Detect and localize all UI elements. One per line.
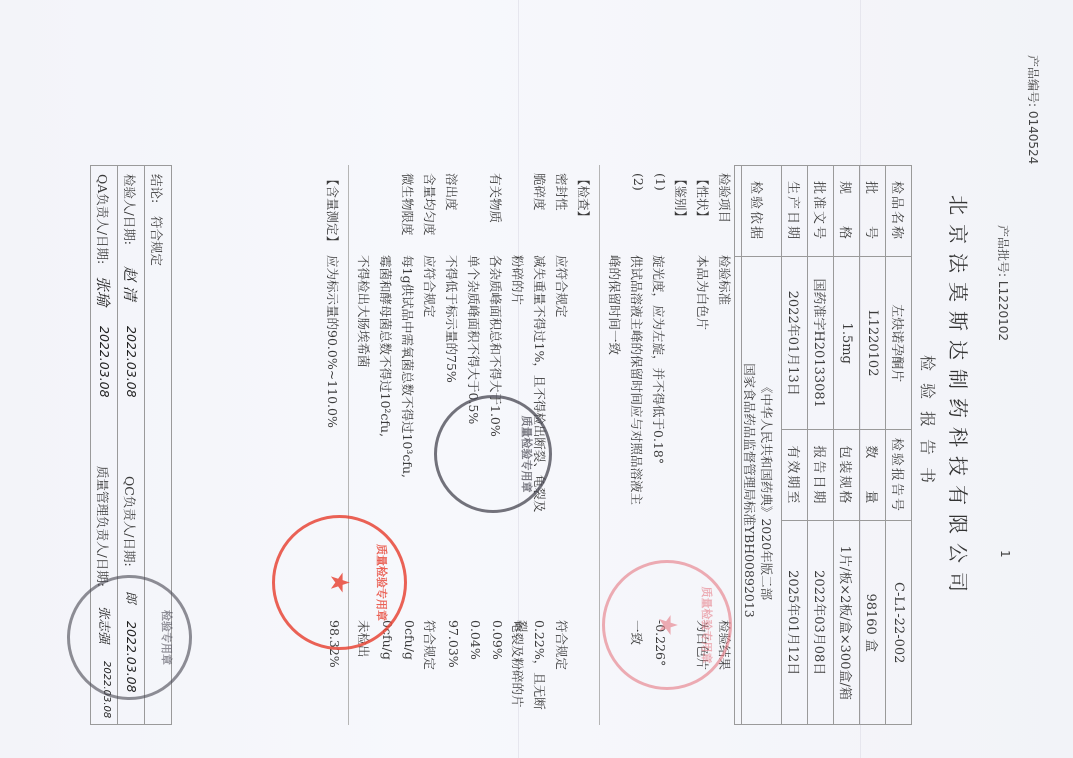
info-value: 1.5mg	[834, 257, 860, 430]
info-label: 生产日期	[782, 166, 808, 257]
document-title: 检验报告书	[917, 355, 940, 495]
test-item-result: 97.03%	[446, 620, 461, 668]
test-item-result: 0cfu/g	[402, 620, 417, 660]
test-item-result: 符合规定	[553, 620, 571, 670]
product-code-label: 产品编号:	[1026, 55, 1040, 107]
header-standard: 检验标准	[716, 255, 734, 305]
test-item-name: 含量均匀度	[421, 173, 439, 236]
test-item-row: 霉菌和酵母菌总数不得过10²cfu,0cfu/g	[373, 165, 395, 725]
batch-number: 产品批号: L1220102	[995, 225, 1012, 341]
info-label: 检验报告号	[886, 430, 912, 521]
info-label: 规 格	[834, 166, 860, 257]
info-label: 批 号	[860, 166, 886, 257]
company-stamp: ★ 质量检验专用章	[602, 560, 732, 690]
test-item-name: 密封性	[553, 173, 571, 211]
qa-signature: 张瑜	[93, 276, 114, 306]
product-info-table: 检品名称左炔诺孕酮片检验报告号C-L1-22-002批 号L1220102数 量…	[734, 165, 912, 725]
test-item-name: 有关物质	[487, 173, 505, 223]
info-label: 检品名称	[886, 166, 912, 257]
test-item-name: 微生物限度	[399, 173, 417, 236]
company-name: 北京法莫斯达制药科技有限公司	[945, 195, 974, 601]
inspection-report-page: 产品编号: 0140524 产品批号: L1220102 1 北京法莫斯达制药科…	[62, 165, 1052, 725]
test-item-name: 【含量测定】	[324, 173, 342, 248]
test-item-result: 龟裂及粉碎的片	[509, 620, 527, 708]
test-item-name: 【性状】	[694, 173, 712, 223]
info-row: 批准文号国药准字H20133081报告日期2022年03月08日	[808, 166, 834, 725]
info-label: 包装规格	[834, 430, 860, 521]
test-item-standard: 霉菌和酵母菌总数不得过10²cfu,	[377, 255, 395, 437]
info-value: 98160 盒	[860, 521, 886, 725]
qa-date: 2022.03.08	[97, 326, 112, 398]
product-code: 产品编号: 0140524	[1025, 55, 1042, 164]
test-item-result: 0.09%	[490, 620, 505, 660]
batch-label: 产品批号:	[996, 225, 1010, 277]
test-item-row: 微生物限度每1g供试品中需氧菌总数不得过10³cfu,0cfu/g	[395, 165, 417, 725]
conclusion-label: 结论:	[148, 174, 166, 203]
divider	[741, 165, 742, 725]
info-row: 批 号L1220102数 量98160 盒	[860, 166, 886, 725]
release-stamp: 检验专用章	[67, 575, 192, 700]
info-value: L1220102	[860, 257, 886, 430]
test-item-standard: 供试品溶液主峰的保留时间应与对照品溶液主	[628, 255, 646, 505]
inspection-stamp-text: 质量检验专用章	[519, 416, 535, 493]
info-row: 检品名称左炔诺孕酮片检验报告号C-L1-22-002	[886, 166, 912, 725]
company-stamp-text: 质量检验专用章	[699, 587, 715, 664]
info-value: 国药准字H20133081	[808, 257, 834, 430]
test-item-standard: 旋光度，应为左旋，并不得低于0.18°	[650, 255, 668, 464]
test-item-standard: 每1g供试品中需氧菌总数不得过10³cfu,	[399, 255, 417, 478]
test-item-name: (2)	[631, 173, 646, 191]
info-label: 批准文号	[808, 166, 834, 257]
page-number: 1	[998, 550, 1012, 558]
test-item-standard: 本品为白色片	[694, 255, 712, 330]
info-value: 1片/板×2板/盒×300盒/箱	[834, 521, 860, 725]
inspector-label: 检验人/日期:	[121, 174, 139, 245]
inspector-date: 2022.03.08	[124, 326, 139, 398]
test-item-name: 脆碎度	[531, 173, 549, 211]
header-item: 检验项目	[716, 173, 734, 223]
test-item-standard: 应符合规定	[421, 255, 439, 318]
test-item-name: 【鉴别】	[672, 173, 690, 223]
info-value: 2022年03月08日	[808, 521, 834, 725]
info-value: 2022年01月13日	[782, 257, 808, 430]
qc-label: QC负责人/日期:	[121, 476, 139, 567]
info-value: C-L1-22-002	[886, 521, 912, 725]
release-stamp-text: 检验专用章	[159, 610, 175, 665]
qc-dept-stamp: ★ 质量检验专用章	[272, 515, 407, 650]
qc-dept-stamp-text: 质量检验专用章	[374, 544, 390, 621]
info-label: 有效期至	[782, 430, 808, 521]
qm-label: 质量管理负责人/日期:	[94, 466, 112, 587]
info-value: 2025年01月12日	[782, 521, 808, 725]
test-item-result: 0.04%	[468, 620, 483, 660]
info-label: 报告日期	[808, 430, 834, 521]
divider	[599, 165, 600, 725]
test-item-standard: 应符合规定	[553, 255, 571, 318]
test-item-name: (1)	[653, 173, 668, 191]
basis-line-2: 国家食品药品监督管理局标准YBH00892013	[741, 263, 758, 718]
test-item-standard: 峰的保留时间一致	[606, 255, 624, 355]
test-item-row: 【检查】	[571, 165, 593, 725]
test-item-standard: 应为标示量的90.0%~110.0%	[324, 255, 342, 428]
test-item-result: 符合规定	[421, 620, 439, 670]
inspection-stamp: 质量检验专用章	[434, 395, 552, 513]
test-item-standard: 不得检出大肠埃希菌	[355, 255, 373, 368]
qa-label: QA负责人/日期:	[94, 174, 112, 264]
batch-value: L1220102	[996, 281, 1010, 341]
test-item-standard: 不得低于标示量的75%	[443, 255, 461, 383]
test-item-name: 【检查】	[575, 173, 593, 223]
info-row: 生产日期2022年01月13日有效期至2025年01月12日	[782, 166, 808, 725]
conclusion-value: 符合规定	[148, 216, 166, 266]
info-row: 规 格1.5mg包装规格1片/板×2板/盒×300盒/箱	[834, 166, 860, 725]
info-label: 数 量	[860, 430, 886, 521]
basis-line-1: 《中华人民共和国药典》2020年版二部	[758, 263, 775, 718]
test-item-name: 溶出度	[443, 173, 461, 211]
test-item-standard: 粉碎的片	[509, 255, 527, 305]
info-value: 左炔诺孕酮片	[886, 257, 912, 430]
test-item-row: 密封性应符合规定符合规定	[549, 165, 571, 725]
inspector-signature: 赵 清	[120, 266, 141, 301]
product-code-value: 0140524	[1026, 111, 1040, 164]
